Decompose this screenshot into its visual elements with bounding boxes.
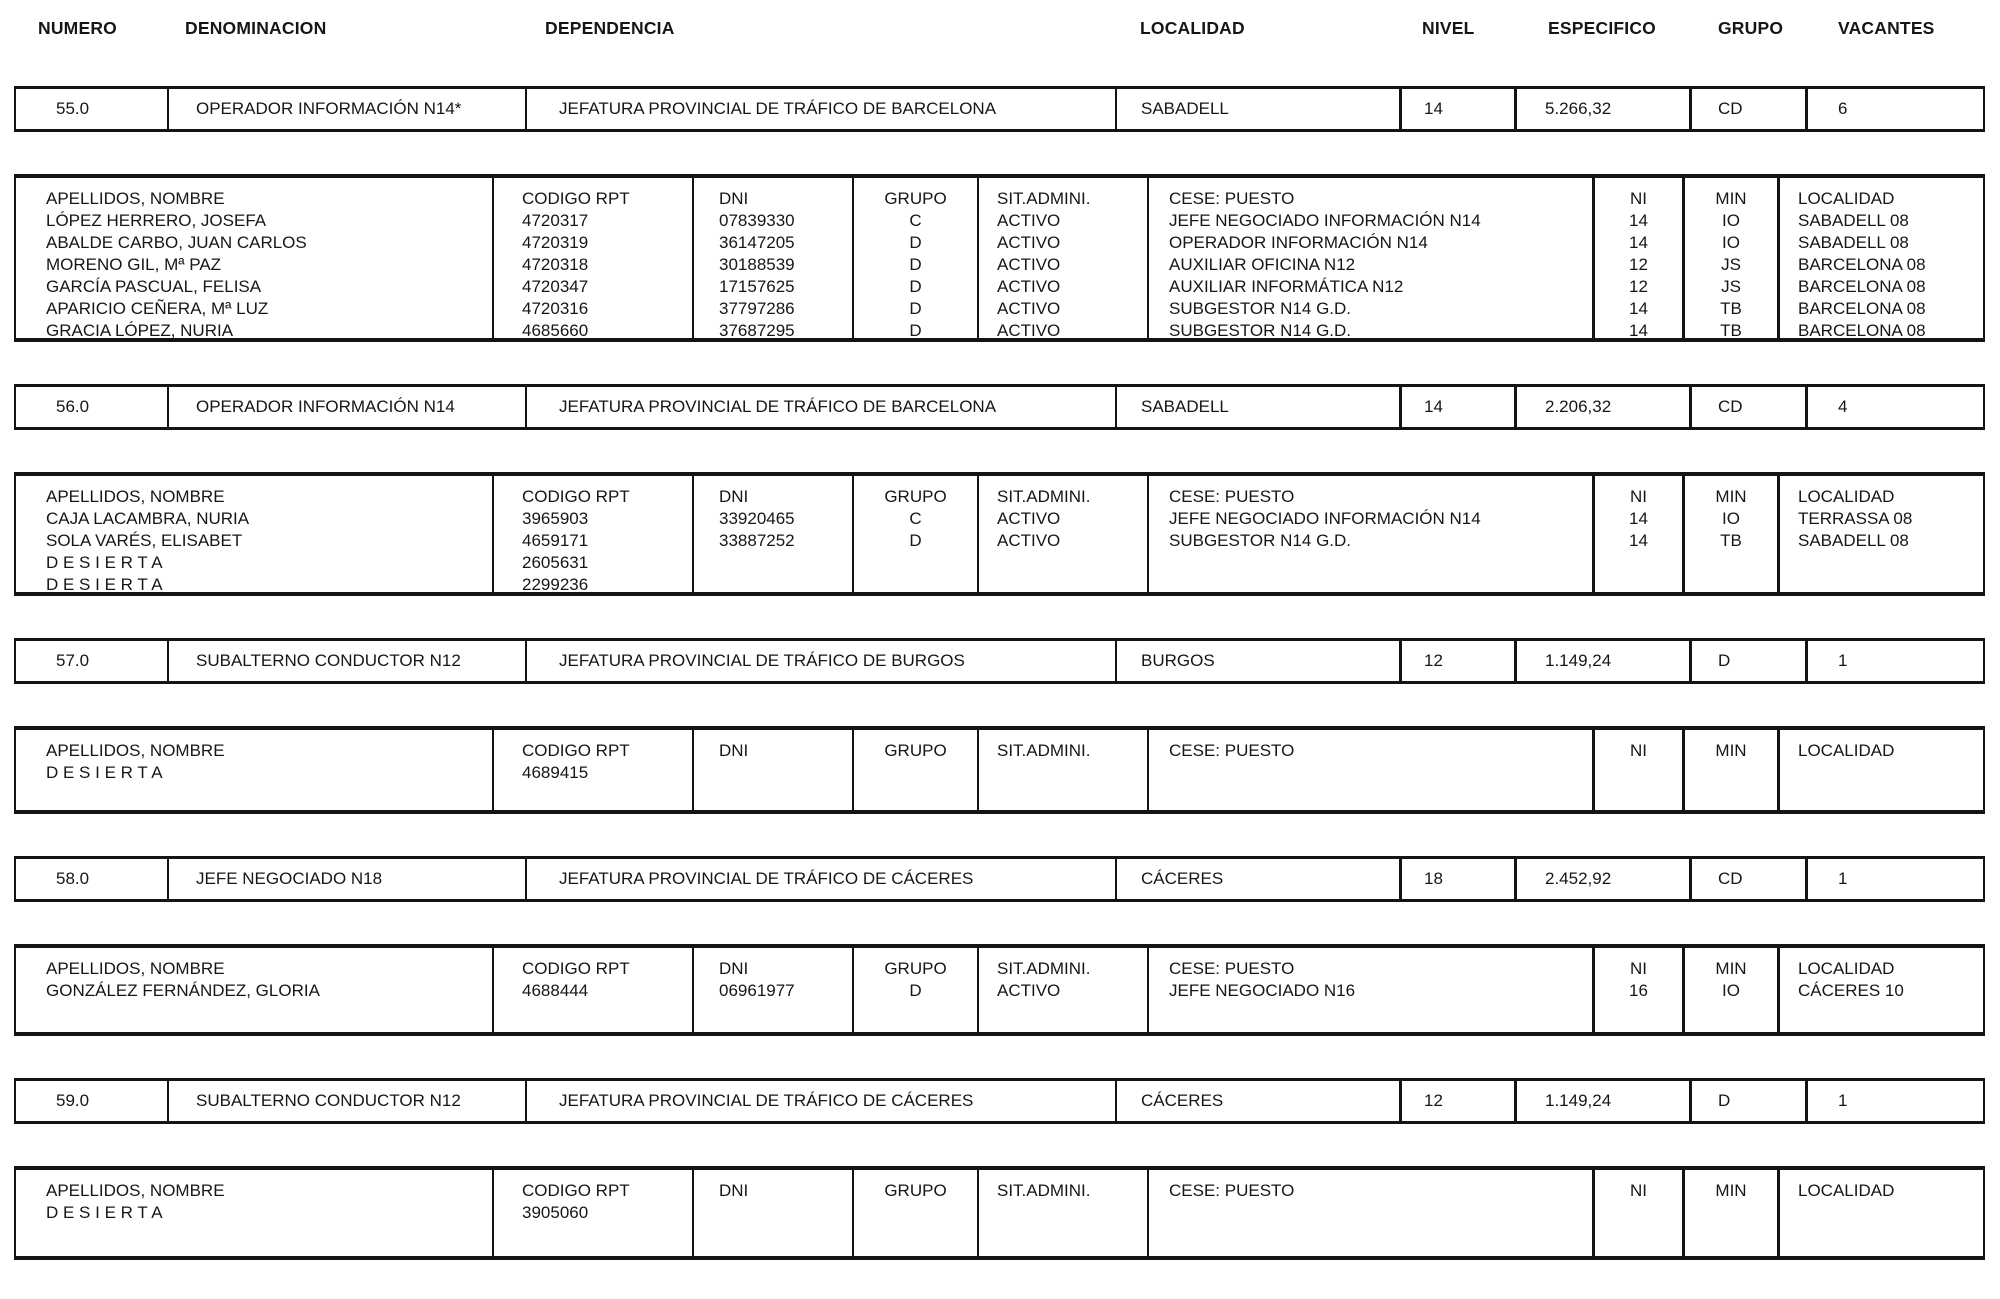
detail-cell-sit	[997, 1202, 1143, 1224]
detail-cell-cese	[1169, 1202, 1588, 1224]
detail-cell-localidad: TERRASSA 08	[1798, 508, 1979, 530]
detail-cell-localidad: SABADELL 08	[1798, 210, 1979, 232]
detail-table: APELLIDOS, NOMBREGONZÁLEZ FERNÁNDEZ, GLO…	[14, 944, 1985, 1036]
detail-cell-ni: 16	[1597, 980, 1680, 1002]
detail-cell-codigo: 4720347	[522, 276, 688, 298]
column-header-denominacion: DENOMINACION	[185, 18, 326, 39]
detail-column-min: MINIOIOJSJSTBTB	[1682, 178, 1777, 338]
column-header-numero: NUMERO	[38, 18, 117, 39]
position-cell-grupo: CD	[1689, 89, 1805, 129]
detail-column-header-ni: NI	[1597, 486, 1680, 508]
detail-column-grupo: GRUPO	[852, 730, 977, 810]
detail-column-dni: DNI06961977	[692, 948, 852, 1032]
detail-column-header-ni: NI	[1597, 188, 1680, 210]
position-row: 59.0SUBALTERNO CONDUCTOR N12JEFATURA PRO…	[14, 1078, 1985, 1124]
detail-column-codigo: CODIGO RPT4689415	[492, 730, 692, 810]
detail-cell-grupo: D	[858, 254, 973, 276]
detail-cell-sit: ACTIVO	[997, 980, 1143, 1002]
detail-cell-apellidos: APARICIO CEÑERA, Mª LUZ	[46, 298, 488, 320]
position-cell-vacantes: 6	[1805, 89, 1983, 129]
detail-column-header-sit: SIT.ADMINI.	[997, 740, 1143, 762]
detail-cell-localidad: BARCELONA 08	[1798, 276, 1979, 298]
detail-column-header-min: MIN	[1687, 958, 1775, 980]
detail-cell-ni: 14	[1597, 320, 1680, 342]
detail-cell-codigo: 4689415	[522, 762, 688, 784]
detail-cell-cese: SUBGESTOR N14 G.D.	[1169, 298, 1588, 320]
detail-column-cese: CESE: PUESTOJEFE NEGOCIADO INFORMACIÓN N…	[1147, 178, 1592, 338]
position-cell-denominacion: SUBALTERNO CONDUCTOR N12	[167, 641, 525, 681]
detail-column-min: MIN	[1682, 730, 1777, 810]
detail-cell-min: IO	[1687, 980, 1775, 1002]
detail-cell-dni	[719, 1202, 848, 1224]
detail-column-header-localidad: LOCALIDAD	[1798, 740, 1979, 762]
detail-cell-sit	[997, 762, 1143, 784]
detail-cell-ni	[1597, 552, 1680, 574]
position-cell-nivel: 18	[1399, 859, 1514, 899]
detail-cell-ni: 12	[1597, 254, 1680, 276]
detail-column-header-codigo: CODIGO RPT	[522, 486, 688, 508]
detail-column-sit: SIT.ADMINI.ACTIVOACTIVOACTIVOACTIVOACTIV…	[977, 178, 1147, 338]
detail-column-header-min: MIN	[1687, 188, 1775, 210]
detail-column-min: MINIO	[1682, 948, 1777, 1032]
detail-cell-localidad: SABADELL 08	[1798, 232, 1979, 254]
detail-cell-codigo: 4659171	[522, 530, 688, 552]
detail-column-header-cese: CESE: PUESTO	[1169, 958, 1588, 980]
detail-cell-cese: SUBGESTOR N14 G.D.	[1169, 320, 1588, 342]
detail-column-apellidos: APELLIDOS, NOMBRELÓPEZ HERRERO, JOSEFAAB…	[16, 178, 492, 338]
detail-cell-grupo	[858, 1202, 973, 1224]
detail-column-dni: DNI3392046533887252	[692, 476, 852, 592]
document-page: NUMERO DENOMINACION DEPENDENCIA LOCALIDA…	[0, 0, 2000, 1260]
detail-cell-codigo: 2605631	[522, 552, 688, 574]
detail-cell-apellidos: CAJA LACAMBRA, NURIA	[46, 508, 488, 530]
position-cell-localidad: SABADELL	[1115, 387, 1399, 427]
detail-cell-cese: JEFE NEGOCIADO N16	[1169, 980, 1588, 1002]
detail-column-min: MINIOTB	[1682, 476, 1777, 592]
detail-column-ni: NI	[1592, 1170, 1682, 1256]
detail-cell-apellidos: SOLA VARÉS, ELISABET	[46, 530, 488, 552]
detail-cell-min: IO	[1687, 210, 1775, 232]
detail-cell-cese	[1169, 574, 1588, 596]
detail-cell-cese: SUBGESTOR N14 G.D.	[1169, 530, 1588, 552]
detail-column-header-codigo: CODIGO RPT	[522, 188, 688, 210]
detail-cell-sit	[997, 574, 1143, 596]
detail-column-ni: NI141412121414	[1592, 178, 1682, 338]
detail-cell-min	[1687, 762, 1775, 784]
position-cell-especifico: 1.149,24	[1514, 1081, 1689, 1121]
detail-cell-ni: 14	[1597, 298, 1680, 320]
detail-column-grupo: GRUPOCD	[852, 476, 977, 592]
detail-column-header-cese: CESE: PUESTO	[1169, 740, 1588, 762]
detail-column-header-sit: SIT.ADMINI.	[997, 486, 1143, 508]
detail-column-header-apellidos: APELLIDOS, NOMBRE	[46, 1180, 488, 1202]
detail-cell-apellidos: GONZÁLEZ FERNÁNDEZ, GLORIA	[46, 980, 488, 1002]
detail-table: APELLIDOS, NOMBRED E S I E R T ACODIGO R…	[14, 1166, 1985, 1260]
detail-cell-dni: 33920465	[719, 508, 848, 530]
detail-cell-localidad	[1798, 762, 1979, 784]
detail-cell-cese: JEFE NEGOCIADO INFORMACIÓN N14	[1169, 508, 1588, 530]
position-cell-nivel: 14	[1399, 89, 1514, 129]
position-cell-denominacion: JEFE NEGOCIADO N18	[167, 859, 525, 899]
detail-cell-grupo: D	[858, 530, 973, 552]
position-cell-especifico: 5.266,32	[1514, 89, 1689, 129]
position-cell-especifico: 1.149,24	[1514, 641, 1689, 681]
detail-column-header-min: MIN	[1687, 486, 1775, 508]
detail-column-cese: CESE: PUESTOJEFE NEGOCIADO N16	[1147, 948, 1592, 1032]
detail-cell-apellidos: D E S I E R T A	[46, 762, 488, 784]
position-cell-localidad: SABADELL	[1115, 89, 1399, 129]
detail-cell-localidad: SABADELL 08	[1798, 530, 1979, 552]
detail-cell-grupo: D	[858, 320, 973, 342]
detail-cell-grupo: D	[858, 276, 973, 298]
detail-cell-codigo: 4685660	[522, 320, 688, 342]
detail-cell-grupo	[858, 762, 973, 784]
detail-column-header-dni: DNI	[719, 188, 848, 210]
detail-cell-dni: 33887252	[719, 530, 848, 552]
position-row: 57.0SUBALTERNO CONDUCTOR N12JEFATURA PRO…	[14, 638, 1985, 684]
detail-cell-dni: 06961977	[719, 980, 848, 1002]
detail-column-header-codigo: CODIGO RPT	[522, 1180, 688, 1202]
position-cell-nivel: 14	[1399, 387, 1514, 427]
detail-cell-cese: AUXILIAR INFORMÁTICA N12	[1169, 276, 1588, 298]
detail-cell-grupo: D	[858, 980, 973, 1002]
detail-cell-ni: 14	[1597, 210, 1680, 232]
detail-cell-codigo: 4720318	[522, 254, 688, 276]
detail-column-dni: DNI	[692, 1170, 852, 1256]
position-cell-dependencia: JEFATURA PROVINCIAL DE TRÁFICO DE BARCEL…	[525, 387, 1115, 427]
detail-table: APELLIDOS, NOMBRELÓPEZ HERRERO, JOSEFAAB…	[14, 174, 1985, 342]
detail-cell-codigo: 4720316	[522, 298, 688, 320]
detail-column-header-cese: CESE: PUESTO	[1169, 188, 1588, 210]
position-cell-nivel: 12	[1399, 641, 1514, 681]
position-cell-especifico: 2.452,92	[1514, 859, 1689, 899]
position-cell-localidad: BURGOS	[1115, 641, 1399, 681]
detail-cell-ni: 14	[1597, 508, 1680, 530]
detail-cell-min: JS	[1687, 254, 1775, 276]
detail-column-min: MIN	[1682, 1170, 1777, 1256]
detail-cell-ni: 12	[1597, 276, 1680, 298]
detail-column-header-ni: NI	[1597, 740, 1680, 762]
detail-column-header-sit: SIT.ADMINI.	[997, 188, 1143, 210]
detail-cell-localidad	[1798, 1202, 1979, 1224]
position-cell-numero: 55.0	[16, 89, 167, 129]
detail-column-header-ni: NI	[1597, 958, 1680, 980]
detail-cell-ni	[1597, 574, 1680, 596]
detail-cell-min: IO	[1687, 232, 1775, 254]
detail-column-localidad: LOCALIDAD	[1777, 730, 1983, 810]
detail-column-grupo: GRUPOD	[852, 948, 977, 1032]
detail-cell-min: TB	[1687, 320, 1775, 342]
detail-cell-apellidos: D E S I E R T A	[46, 1202, 488, 1224]
position-blocks: 55.0OPERADOR INFORMACIÓN N14*JEFATURA PR…	[14, 86, 1985, 1260]
detail-cell-cese	[1169, 762, 1588, 784]
detail-column-header-ni: NI	[1597, 1180, 1680, 1202]
detail-cell-codigo: 3965903	[522, 508, 688, 530]
detail-cell-codigo: 3905060	[522, 1202, 688, 1224]
position-cell-numero: 58.0	[16, 859, 167, 899]
detail-column-apellidos: APELLIDOS, NOMBRED E S I E R T A	[16, 1170, 492, 1256]
detail-cell-apellidos: GRACIA LÓPEZ, NURIA	[46, 320, 488, 342]
detail-cell-localidad: BARCELONA 08	[1798, 320, 1979, 342]
column-header-vacantes: VACANTES	[1838, 18, 1935, 39]
detail-cell-sit: ACTIVO	[997, 530, 1143, 552]
detail-column-header-dni: DNI	[719, 740, 848, 762]
detail-table: APELLIDOS, NOMBRED E S I E R T ACODIGO R…	[14, 726, 1985, 814]
position-cell-grupo: D	[1689, 1081, 1805, 1121]
detail-cell-grupo: D	[858, 232, 973, 254]
column-header-localidad: LOCALIDAD	[1140, 18, 1245, 39]
detail-column-sit: SIT.ADMINI.ACTIVOACTIVO	[977, 476, 1147, 592]
position-cell-grupo: D	[1689, 641, 1805, 681]
detail-cell-ni: 14	[1597, 232, 1680, 254]
detail-cell-min: TB	[1687, 530, 1775, 552]
detail-column-cese: CESE: PUESTOJEFE NEGOCIADO INFORMACIÓN N…	[1147, 476, 1592, 592]
position-cell-vacantes: 4	[1805, 387, 1983, 427]
detail-cell-localidad: BARCELONA 08	[1798, 298, 1979, 320]
detail-cell-dni: 37797286	[719, 298, 848, 320]
detail-column-header-codigo: CODIGO RPT	[522, 958, 688, 980]
position-cell-denominacion: OPERADOR INFORMACIÓN N14	[167, 387, 525, 427]
detail-column-header-codigo: CODIGO RPT	[522, 740, 688, 762]
detail-cell-grupo	[858, 574, 973, 596]
detail-cell-grupo	[858, 552, 973, 574]
detail-column-grupo: GRUPO	[852, 1170, 977, 1256]
detail-cell-min	[1687, 552, 1775, 574]
detail-cell-localidad	[1798, 552, 1979, 574]
detail-column-header-grupo: GRUPO	[858, 1180, 973, 1202]
detail-cell-sit	[997, 552, 1143, 574]
detail-cell-ni	[1597, 1202, 1680, 1224]
detail-column-header-grupo: GRUPO	[858, 188, 973, 210]
position-row: 56.0OPERADOR INFORMACIÓN N14JEFATURA PRO…	[14, 384, 1985, 430]
detail-column-header-grupo: GRUPO	[858, 740, 973, 762]
position-cell-numero: 56.0	[16, 387, 167, 427]
detail-cell-codigo: 2299236	[522, 574, 688, 596]
position-cell-vacantes: 1	[1805, 641, 1983, 681]
detail-cell-min	[1687, 574, 1775, 596]
detail-cell-ni	[1597, 762, 1680, 784]
detail-column-codigo: CODIGO RPT4688444	[492, 948, 692, 1032]
position-cell-numero: 59.0	[16, 1081, 167, 1121]
position-row: 55.0OPERADOR INFORMACIÓN N14*JEFATURA PR…	[14, 86, 1985, 132]
detail-cell-sit: ACTIVO	[997, 210, 1143, 232]
position-cell-grupo: CD	[1689, 387, 1805, 427]
detail-column-cese: CESE: PUESTO	[1147, 730, 1592, 810]
detail-column-header-grupo: GRUPO	[858, 958, 973, 980]
detail-column-header-dni: DNI	[719, 1180, 848, 1202]
detail-cell-sit: ACTIVO	[997, 320, 1143, 342]
detail-cell-cese: OPERADOR INFORMACIÓN N14	[1169, 232, 1588, 254]
detail-column-cese: CESE: PUESTO	[1147, 1170, 1592, 1256]
detail-column-header-cese: CESE: PUESTO	[1169, 486, 1588, 508]
position-cell-dependencia: JEFATURA PROVINCIAL DE TRÁFICO DE BURGOS	[525, 641, 1115, 681]
detail-cell-grupo: C	[858, 210, 973, 232]
position-cell-localidad: CÁCERES	[1115, 859, 1399, 899]
position-cell-vacantes: 1	[1805, 859, 1983, 899]
detail-cell-dni	[719, 574, 848, 596]
position-cell-denominacion: OPERADOR INFORMACIÓN N14*	[167, 89, 525, 129]
position-cell-grupo: CD	[1689, 859, 1805, 899]
detail-column-codigo: CODIGO RPT3905060	[492, 1170, 692, 1256]
detail-column-codigo: CODIGO RPT472031747203194720318472034747…	[492, 178, 692, 338]
position-cell-especifico: 2.206,32	[1514, 387, 1689, 427]
detail-cell-apellidos: D E S I E R T A	[46, 574, 488, 596]
detail-cell-min: TB	[1687, 298, 1775, 320]
column-header-dependencia: DEPENDENCIA	[545, 18, 675, 39]
detail-cell-codigo: 4688444	[522, 980, 688, 1002]
detail-column-localidad: LOCALIDADTERRASSA 08SABADELL 08	[1777, 476, 1983, 592]
detail-column-apellidos: APELLIDOS, NOMBRECAJA LACAMBRA, NURIASOL…	[16, 476, 492, 592]
detail-column-header-dni: DNI	[719, 486, 848, 508]
detail-cell-sit: ACTIVO	[997, 298, 1143, 320]
detail-column-apellidos: APELLIDOS, NOMBRED E S I E R T A	[16, 730, 492, 810]
detail-cell-dni	[719, 762, 848, 784]
detail-cell-min	[1687, 1202, 1775, 1224]
column-header-row: NUMERO DENOMINACION DEPENDENCIA LOCALIDA…	[14, 18, 1985, 44]
detail-column-codigo: CODIGO RPT3965903465917126056312299236	[492, 476, 692, 592]
detail-cell-codigo: 4720319	[522, 232, 688, 254]
detail-column-header-localidad: LOCALIDAD	[1798, 958, 1979, 980]
detail-column-header-localidad: LOCALIDAD	[1798, 486, 1979, 508]
detail-cell-localidad	[1798, 574, 1979, 596]
detail-column-sit: SIT.ADMINI.	[977, 730, 1147, 810]
detail-cell-apellidos: ABALDE CARBO, JUAN CARLOS	[46, 232, 488, 254]
detail-cell-sit: ACTIVO	[997, 254, 1143, 276]
detail-cell-codigo: 4720317	[522, 210, 688, 232]
detail-table: APELLIDOS, NOMBRECAJA LACAMBRA, NURIASOL…	[14, 472, 1985, 596]
detail-column-apellidos: APELLIDOS, NOMBREGONZÁLEZ FERNÁNDEZ, GLO…	[16, 948, 492, 1032]
detail-cell-localidad: BARCELONA 08	[1798, 254, 1979, 276]
detail-column-header-min: MIN	[1687, 740, 1775, 762]
detail-column-header-min: MIN	[1687, 1180, 1775, 1202]
detail-column-dni: DNI0783933036147205301885391715762537797…	[692, 178, 852, 338]
position-cell-denominacion: SUBALTERNO CONDUCTOR N12	[167, 1081, 525, 1121]
position-cell-dependencia: JEFATURA PROVINCIAL DE TRÁFICO DE CÁCERE…	[525, 1081, 1115, 1121]
detail-column-localidad: LOCALIDADCÁCERES 10	[1777, 948, 1983, 1032]
detail-column-header-apellidos: APELLIDOS, NOMBRE	[46, 958, 488, 980]
detail-column-ni: NI	[1592, 730, 1682, 810]
detail-cell-apellidos: LÓPEZ HERRERO, JOSEFA	[46, 210, 488, 232]
detail-cell-apellidos: MORENO GIL, Mª PAZ	[46, 254, 488, 276]
detail-column-header-localidad: LOCALIDAD	[1798, 1180, 1979, 1202]
detail-column-dni: DNI	[692, 730, 852, 810]
detail-cell-cese	[1169, 552, 1588, 574]
position-cell-nivel: 12	[1399, 1081, 1514, 1121]
detail-column-header-sit: SIT.ADMINI.	[997, 1180, 1143, 1202]
detail-cell-sit: ACTIVO	[997, 232, 1143, 254]
detail-column-grupo: GRUPOCDDDDD	[852, 178, 977, 338]
detail-cell-ni: 14	[1597, 530, 1680, 552]
detail-column-header-sit: SIT.ADMINI.	[997, 958, 1143, 980]
detail-column-header-localidad: LOCALIDAD	[1798, 188, 1979, 210]
detail-cell-localidad: CÁCERES 10	[1798, 980, 1979, 1002]
detail-column-localidad: LOCALIDAD	[1777, 1170, 1983, 1256]
detail-cell-min: IO	[1687, 508, 1775, 530]
detail-cell-sit: ACTIVO	[997, 276, 1143, 298]
position-cell-vacantes: 1	[1805, 1081, 1983, 1121]
detail-cell-dni: 30188539	[719, 254, 848, 276]
detail-cell-sit: ACTIVO	[997, 508, 1143, 530]
detail-cell-dni: 07839330	[719, 210, 848, 232]
position-cell-dependencia: JEFATURA PROVINCIAL DE TRÁFICO DE CÁCERE…	[525, 859, 1115, 899]
column-header-nivel: NIVEL	[1422, 18, 1475, 39]
detail-column-header-apellidos: APELLIDOS, NOMBRE	[46, 740, 488, 762]
detail-cell-grupo: C	[858, 508, 973, 530]
detail-column-sit: SIT.ADMINI.	[977, 1170, 1147, 1256]
detail-column-ni: NI16	[1592, 948, 1682, 1032]
detail-column-ni: NI1414	[1592, 476, 1682, 592]
detail-column-header-apellidos: APELLIDOS, NOMBRE	[46, 188, 488, 210]
column-header-grupo: GRUPO	[1718, 18, 1783, 39]
position-cell-dependencia: JEFATURA PROVINCIAL DE TRÁFICO DE BARCEL…	[525, 89, 1115, 129]
detail-column-header-apellidos: APELLIDOS, NOMBRE	[46, 486, 488, 508]
detail-cell-dni: 37687295	[719, 320, 848, 342]
position-row: 58.0JEFE NEGOCIADO N18JEFATURA PROVINCIA…	[14, 856, 1985, 902]
detail-cell-dni	[719, 552, 848, 574]
detail-cell-min: JS	[1687, 276, 1775, 298]
position-cell-localidad: CÁCERES	[1115, 1081, 1399, 1121]
detail-column-sit: SIT.ADMINI.ACTIVO	[977, 948, 1147, 1032]
detail-cell-apellidos: GARCÍA PASCUAL, FELISA	[46, 276, 488, 298]
detail-cell-dni: 17157625	[719, 276, 848, 298]
position-cell-numero: 57.0	[16, 641, 167, 681]
column-header-especifico: ESPECIFICO	[1548, 18, 1656, 39]
detail-column-header-cese: CESE: PUESTO	[1169, 1180, 1588, 1202]
detail-cell-cese: AUXILIAR OFICINA N12	[1169, 254, 1588, 276]
detail-cell-cese: JEFE NEGOCIADO INFORMACIÓN N14	[1169, 210, 1588, 232]
detail-column-header-dni: DNI	[719, 958, 848, 980]
detail-column-localidad: LOCALIDADSABADELL 08SABADELL 08BARCELONA…	[1777, 178, 1983, 338]
detail-cell-dni: 36147205	[719, 232, 848, 254]
detail-cell-apellidos: D E S I E R T A	[46, 552, 488, 574]
detail-cell-grupo: D	[858, 298, 973, 320]
detail-column-header-grupo: GRUPO	[858, 486, 973, 508]
